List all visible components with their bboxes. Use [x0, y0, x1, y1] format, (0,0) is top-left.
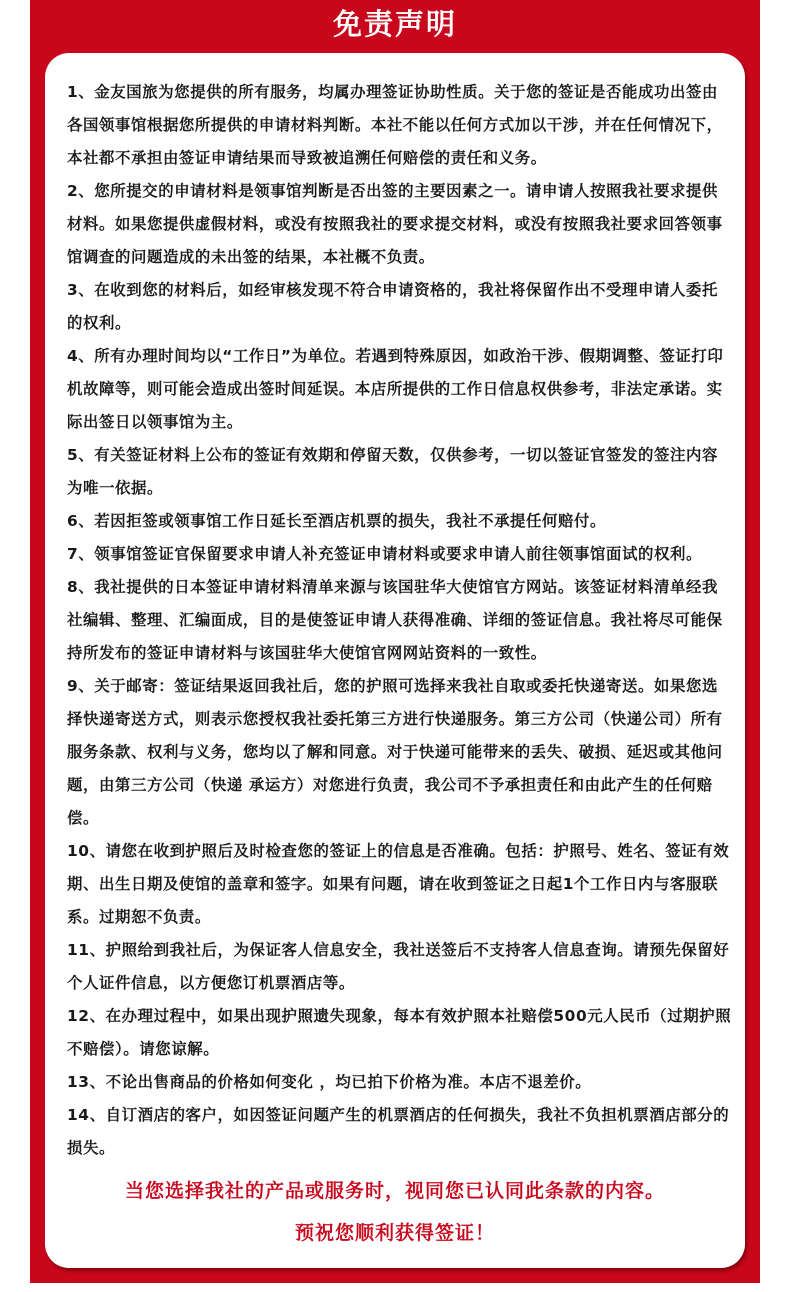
disclaimer-item-6: 6、若因拒签或领事馆工作日延长至酒店机票的损失，我社不承提任何赔付。 [67, 505, 732, 538]
agreement-notice: 当您选择我社的产品或服务时，视同您已认同此条款的内容。 [45, 1176, 745, 1203]
disclaimer-item-9: 9、关于邮寄：签证结果返回我社后，您的护照可选择来我社自取或委托快递寄送。如果您… [67, 670, 732, 835]
disclaimer-item-4: 4、所有办理时间均以“工作日”为单位。若遇到特殊原因，如政治干涉、假期调整、签证… [67, 340, 732, 439]
good-wishes: 预祝您顺利获得签证！ [45, 1218, 745, 1245]
page-title: 免责声明 [30, 0, 760, 50]
disclaimer-item-11: 11、护照给到我社后，为保证客人信息安全，我社送签后不支持客人信息查询。请预先保… [67, 934, 732, 1000]
disclaimer-card: 1、金友国旅为您提供的所有服务，均属办理签证协助性质。关于您的签证是否能成功出签… [45, 53, 745, 1268]
disclaimer-item-2: 2、您所提交的申请材料是领事馆判断是否出签的主要因素之一。请申请人按照我社要求提… [67, 175, 732, 274]
disclaimer-item-10: 10、请您在收到护照后及时检查您的签证上的信息是否准确。包括：护照号、姓名、签证… [67, 835, 732, 934]
disclaimer-item-1: 1、金友国旅为您提供的所有服务，均属办理签证协助性质。关于您的签证是否能成功出签… [67, 76, 732, 175]
disclaimer-list: 1、金友国旅为您提供的所有服务，均属办理签证协助性质。关于您的签证是否能成功出签… [67, 76, 732, 1165]
disclaimer-item-8: 8、我社提供的日本签证申请材料清单来源与该国驻华大使馆官方网站。该签证材料清单经… [67, 571, 732, 670]
disclaimer-item-12: 12、在办理过程中，如果出现护照遗失现象，每本有效护照本社赔偿500元人民币（过… [67, 1000, 732, 1066]
disclaimer-item-5: 5、有关签证材料上公布的签证有效期和停留天数，仅供参考，一切以签证官签发的签注内… [67, 439, 732, 505]
disclaimer-item-7: 7、领事馆签证官保留要求申请人补充签证申请材料或要求申请人前往领事馆面试的权利。 [67, 538, 732, 571]
disclaimer-item-13: 13、不论出售商品的价格如何变化 ，均已拍下价格为准。本店不退差价。 [67, 1066, 732, 1099]
disclaimer-item-14: 14、自订酒店的客户，如因签证问题产生的机票酒店的任何损失，我社不负担机票酒店部… [67, 1099, 732, 1165]
disclaimer-item-3: 3、在收到您的材料后，如经审核发现不符合申请资格的，我社将保留作出不受理申请人委… [67, 274, 732, 340]
disclaimer-panel: 免责声明 1、金友国旅为您提供的所有服务，均属办理签证协助性质。关于您的签证是否… [30, 0, 760, 1283]
